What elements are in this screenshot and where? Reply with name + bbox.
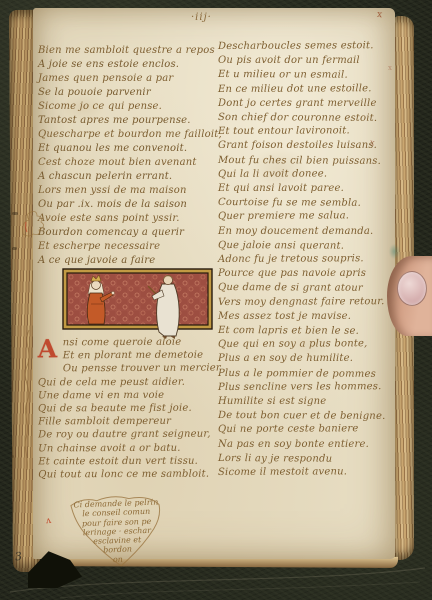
edge-ink-smudge bbox=[10, 455, 14, 458]
thumbnail bbox=[397, 271, 427, 306]
red-pen-trial-mark: ʌ bbox=[45, 516, 51, 526]
verse-line: En ce milieu dot une estoille. bbox=[218, 82, 394, 97]
verse-line: Qui de cela me peust aidier. bbox=[38, 375, 220, 389]
verse-line: Mes assez tost je mavise. bbox=[218, 310, 394, 324]
verse-line: Qui la li avoit donee. bbox=[218, 167, 394, 182]
initial-pen-flourish bbox=[19, 330, 37, 475]
verse-line: A joie se ens estoie enclos. bbox=[38, 58, 220, 72]
verse-line: Et qui ansi lavoit paree. bbox=[218, 182, 394, 196]
verse-line: Adonc fu je tretous soupris. bbox=[218, 252, 394, 267]
right-column: Descharboucles semes estoit. Ou pis avoi… bbox=[218, 40, 394, 480]
verse-line: Et cainte estoit dun vert tissu. bbox=[38, 454, 220, 468]
manuscript-photo: 3 ·iij· x x x ʌ Bien me sambloit questre… bbox=[0, 0, 432, 600]
verse-line: Humilite si est signe bbox=[218, 395, 394, 409]
verse-line: Na pas en soy bonte entiere. bbox=[218, 438, 394, 452]
verse-line: Plus a en soy de humilite. bbox=[218, 352, 394, 366]
verse-line: En moy doucement demanda. bbox=[218, 225, 394, 239]
verse-line: Quescharpe et bourdon me failloit, bbox=[38, 128, 220, 142]
verse-line: Bien me sambloit questre a repos bbox=[38, 44, 220, 58]
verse-line: Se la pouoie parvenir bbox=[38, 86, 220, 100]
illuminated-initial: A bbox=[38, 336, 60, 363]
verse-line: Ou par .ix. mois de la saison bbox=[38, 198, 220, 212]
folio-number: ·iij· bbox=[191, 12, 212, 23]
verse-line: James quen pensoie a par bbox=[38, 72, 220, 86]
verse-line: Ou pensse trouver un mercier bbox=[38, 362, 220, 376]
verse-line: Ou pis avoit dor un fermail bbox=[218, 54, 394, 68]
manuscript-page: ·iij· x x x ʌ Bien me sambloit questre a… bbox=[33, 8, 395, 559]
miniature-illustration bbox=[62, 268, 214, 346]
verse-line: Dont jo certes grant merveille bbox=[218, 97, 394, 111]
quire-mark: x bbox=[376, 10, 382, 21]
verse-line: Avoie este sans point yssir. bbox=[38, 212, 220, 226]
left-column-lower: A nsi come queroie aloie Et en plorant m… bbox=[38, 336, 221, 482]
verse-line: Cest choze mout bien avenant bbox=[38, 156, 220, 170]
miniature-frame bbox=[63, 269, 212, 329]
verse-line: Bourdon comencay a querir bbox=[38, 226, 220, 240]
verse-line: Tantost apres me pourpense. bbox=[38, 114, 220, 128]
verse-line: Et tout entour lavironoit. bbox=[218, 124, 394, 139]
verse-line: A ce que javoie a faire bbox=[38, 254, 220, 268]
verse-line: Un chainse avoit a or batu. bbox=[38, 441, 220, 455]
verse-line: Quer premiere me salua. bbox=[218, 210, 394, 225]
left-column-upper: Bien me sambloit questre a repos A joie … bbox=[38, 44, 220, 268]
verse-line: Pource que pas navoie apris bbox=[218, 267, 394, 281]
verse-line: A chascun pelerin errant. bbox=[38, 170, 220, 184]
verse-line: Qui de sa beaute me fist joie. bbox=[38, 402, 220, 416]
verse-line: Et quanou les me convenoit. bbox=[38, 142, 220, 156]
verse-line: De roy ou dautre grant seigneur, bbox=[38, 428, 220, 442]
thumb bbox=[387, 256, 432, 336]
verse-line: nsi come queroie aloie bbox=[38, 336, 220, 350]
verse-line: Sicome jo ce qui pense. bbox=[38, 100, 220, 114]
verse-line: Et en plorant me demetoie bbox=[38, 349, 220, 363]
verse-line: Et escherpe necessaire bbox=[38, 240, 220, 254]
verse-line: Que qui en soy a plus bonte, bbox=[218, 337, 394, 352]
verse-line: Plus sencline vers les hommes. bbox=[218, 380, 394, 395]
verse-line: Fille sambloit dempereur bbox=[38, 415, 220, 429]
verse-line: Grant foison destoiles luisans. bbox=[218, 139, 394, 153]
verse-line: Sicome il mestoit avenu. bbox=[218, 465, 394, 480]
verse-line: Une dame vi en ma voie bbox=[38, 388, 220, 402]
verse-line: Lors men yssi de ma maison bbox=[38, 184, 220, 198]
verse-line: Qui tout au lonc ce me sambloit. bbox=[38, 468, 220, 482]
annotation-note: Ci demande le pelrin le conseil comun po… bbox=[57, 490, 178, 578]
note-text: Ci demande le pelrin le conseil comun po… bbox=[57, 497, 177, 566]
verse-line: Descharboucles semes estoit. bbox=[218, 39, 394, 54]
margin-doodle bbox=[17, 204, 47, 248]
verse-line: Qui ne porte ceste baniere bbox=[218, 423, 394, 438]
verse-line: Vers moy dengnast faire retour. bbox=[218, 295, 394, 310]
